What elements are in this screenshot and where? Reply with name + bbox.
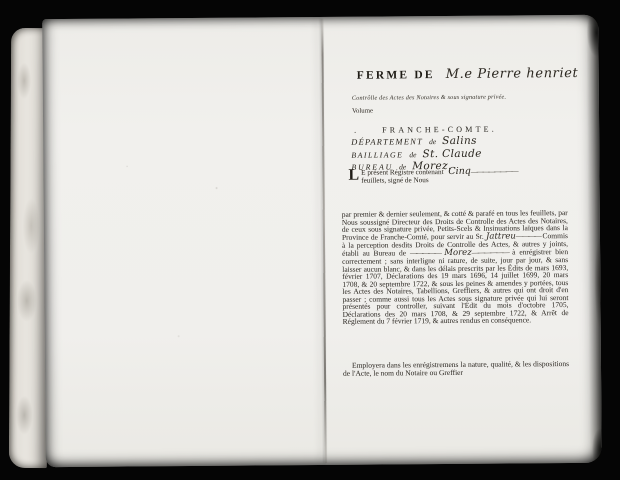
body-paragraph-2: Employera dans les enrégistremens la nat…	[343, 360, 569, 377]
left-blank-page	[42, 17, 325, 467]
ruled-dash: ————————	[471, 167, 517, 175]
holder-name-handwritten: M.e Pierre henriet	[446, 66, 579, 82]
ferme-de-label: FERME DE	[357, 69, 435, 82]
page-right-edge-shadow	[586, 15, 602, 463]
p1-print-3: à enrégistrer bien correctement ; sans i…	[342, 247, 568, 326]
scan-black-background: FERME DE M.e Pierre henriet Contrôlle de…	[0, 0, 620, 480]
body-paragraph-1: par premier & dernier seulement, & cotté…	[342, 209, 569, 325]
title-row: FERME DE M.e Pierre henriet	[357, 64, 579, 84]
open-book-spread: FERME DE M.e Pierre henriet Contrôlle de…	[42, 15, 602, 467]
right-printed-page: FERME DE M.e Pierre henriet Contrôlle de…	[328, 15, 587, 465]
folio-count-handwritten: Cinq	[448, 166, 471, 177]
register-line2-text: feuillets, signé de Nous	[361, 176, 429, 185]
dropcap-letter: L	[348, 169, 359, 183]
register-statement: LE présent Régistre contenant Cinq——————…	[348, 167, 580, 185]
register-subtitle: Contrôlle des Actes des Notaires & sous …	[352, 94, 506, 102]
volume-label: Volume	[352, 108, 373, 115]
